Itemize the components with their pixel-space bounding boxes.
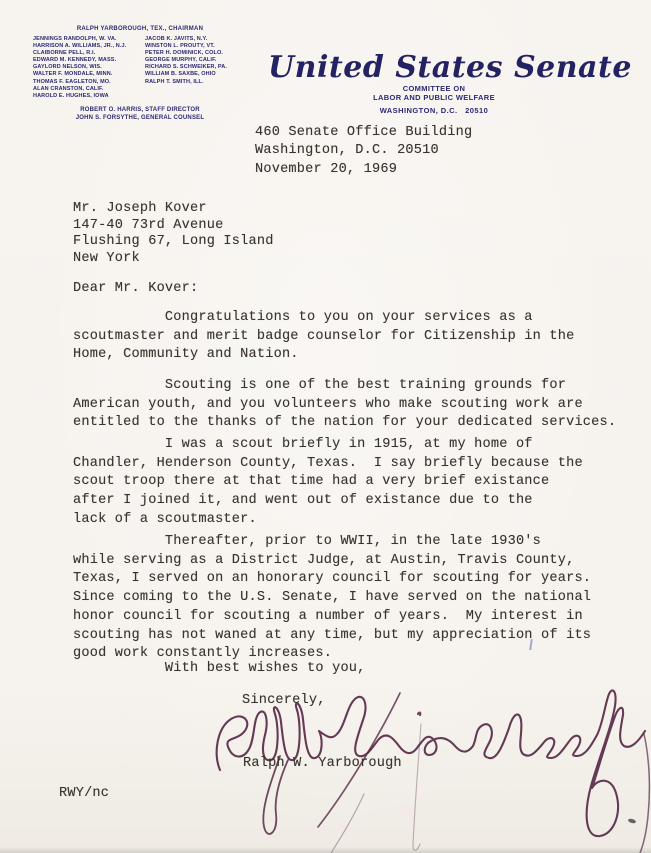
senate-title: United States Senate: [268, 53, 600, 83]
signature-ink-dot: [418, 713, 420, 715]
member-columns: JENNINGS RANDOLPH, W. VA.HARRISON A. WIL…: [33, 36, 247, 100]
members-column-left: JENNINGS RANDOLPH, W. VA.HARRISON A. WIL…: [33, 36, 145, 100]
letterhead-masthead: United States Senate COMMITTEE ONLABOR A…: [268, 53, 600, 115]
staff-lines: ROBERT O. HARRIS, STAFF DIRECTORJOHN S. …: [33, 106, 247, 122]
typed-signature-name: Ralph W. Yarborough: [243, 755, 402, 774]
scan-bottom-edge: [0, 847, 651, 853]
chairman-line: RALPH YARBOROUGH, TEX., CHAIRMAN: [33, 26, 247, 32]
paragraph-2: Scouting is one of the best training gro…: [73, 377, 616, 433]
letter-page: RALPH YARBOROUGH, TEX., CHAIRMAN JENNING…: [0, 0, 651, 853]
return-address-block: 460 Senate Office BuildingWashington, D.…: [255, 124, 472, 179]
signature-faint-stroke-2: [413, 724, 421, 850]
paragraph-3: I was a scout briefly in 1915, at my hom…: [73, 436, 583, 530]
letterhead-committee-roster: RALPH YARBOROUGH, TEX., CHAIRMAN JENNING…: [33, 26, 247, 122]
paragraph-1: Congratulations to you on your services …: [73, 309, 574, 365]
salutation: Dear Mr. Kover:: [73, 280, 198, 299]
paragraph-4: Thereafter, prior to WWII, in the late 1…: [73, 533, 591, 664]
letterhead-address: WASHINGTON, D.C. 20510: [268, 106, 600, 115]
members-column-right: JACOB K. JAVITS, N.Y.WINSTON L. PROUTY, …: [145, 36, 227, 100]
committee-name: COMMITTEE ONLABOR AND PUBLIC WELFARE: [268, 84, 600, 102]
recipient-address-block: Mr. Joseph Kover147-40 73rd AvenueFlushi…: [73, 201, 274, 267]
reference-initials: RWY/nc: [59, 785, 109, 804]
signature-tail-stroke: [640, 734, 649, 853]
paragraph-5: With best wishes to you,: [73, 660, 366, 679]
